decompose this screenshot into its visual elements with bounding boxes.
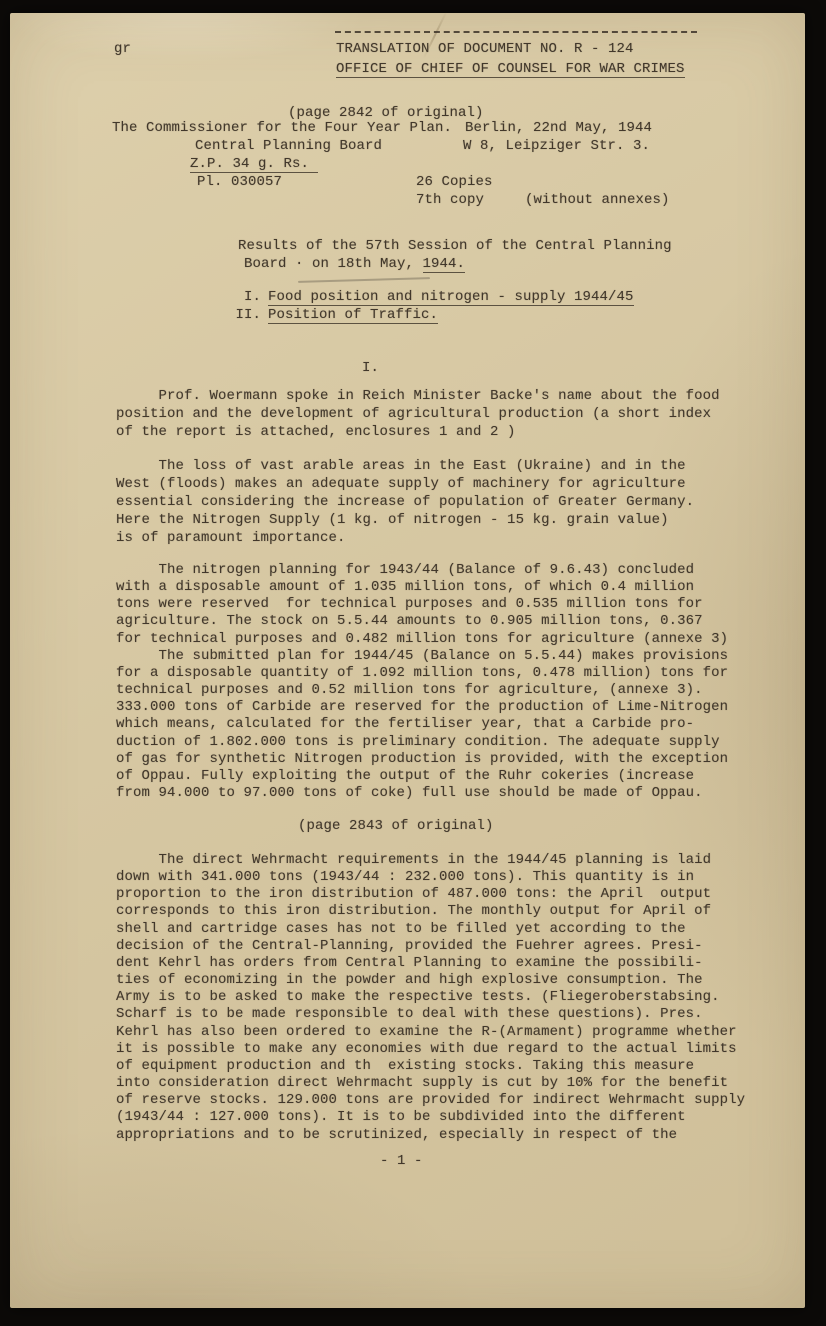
pencil-underline bbox=[298, 277, 430, 283]
agenda-item-2-text: Position of Traffic. bbox=[268, 307, 438, 324]
session-title-line2-prefix: Board · on 18th May, bbox=[244, 256, 423, 272]
doc-header-line1: TRANSLATION OF DOCUMENT NO. R - 124 bbox=[336, 41, 634, 57]
session-title-line2: Board · on 18th May, 1944. bbox=[244, 256, 465, 273]
session-title-year: 1944. bbox=[423, 256, 466, 273]
page-ref-2842: (page 2842 of original) bbox=[288, 105, 484, 121]
paragraph-4: The direct Wehrmacht requirements in the… bbox=[116, 852, 796, 1144]
agenda-item-2-number: II. bbox=[235, 307, 261, 323]
letterhead-file-ref-text: Z.P. 34 g. Rs. bbox=[190, 156, 318, 173]
scanned-document-page: { "document": { "margin_note": "gr", "he… bbox=[0, 0, 826, 1326]
paragraph-3: The nitrogen planning for 1943/44 (Balan… bbox=[116, 562, 796, 802]
paragraph-2: The loss of vast arable areas in the Eas… bbox=[116, 457, 796, 547]
agenda-item-1: I.Food position and nitrogen - supply 19… bbox=[235, 289, 634, 306]
letterhead-place-date: Berlin, 22nd May, 1944 bbox=[465, 120, 652, 136]
doc-header-line2-text: OFFICE OF CHIEF OF COUNSEL FOR WAR CRIME… bbox=[336, 61, 685, 78]
agenda-item-2: II.Position of Traffic. bbox=[235, 307, 438, 324]
letterhead-commissioner: The Commissioner for the Four Year Plan. bbox=[112, 120, 452, 136]
typist-initials: gr bbox=[114, 41, 131, 57]
section-heading: I. bbox=[362, 360, 379, 376]
page-ref-2843: (page 2843 of original) bbox=[298, 818, 494, 834]
doc-header-line2: OFFICE OF CHIEF OF COUNSEL FOR WAR CRIME… bbox=[336, 61, 685, 78]
session-title-line1: Results of the 57th Session of the Centr… bbox=[238, 238, 672, 254]
agenda-item-1-number: I. bbox=[235, 289, 261, 305]
agenda-item-1-text: Food position and nitrogen - supply 1944… bbox=[268, 289, 634, 306]
page-number: - 1 - bbox=[380, 1153, 423, 1169]
dashed-rule bbox=[335, 31, 697, 33]
letterhead-file-ref: Z.P. 34 g. Rs. bbox=[190, 156, 318, 173]
letterhead-file-number: Pl. 030057 bbox=[197, 174, 282, 190]
letterhead-address: W 8, Leipziger Str. 3. bbox=[463, 138, 650, 154]
paper-sheet: gr TRANSLATION OF DOCUMENT NO. R - 124 O… bbox=[10, 13, 805, 1308]
letterhead-copies: 26 Copies bbox=[416, 174, 493, 190]
letterhead-copy-number: 7th copy bbox=[416, 192, 484, 208]
paragraph-1: Prof. Woermann spoke in Reich Minister B… bbox=[116, 387, 796, 441]
letterhead-annex-note: (without annexes) bbox=[525, 192, 670, 208]
letterhead-board: Central Planning Board bbox=[195, 138, 382, 154]
